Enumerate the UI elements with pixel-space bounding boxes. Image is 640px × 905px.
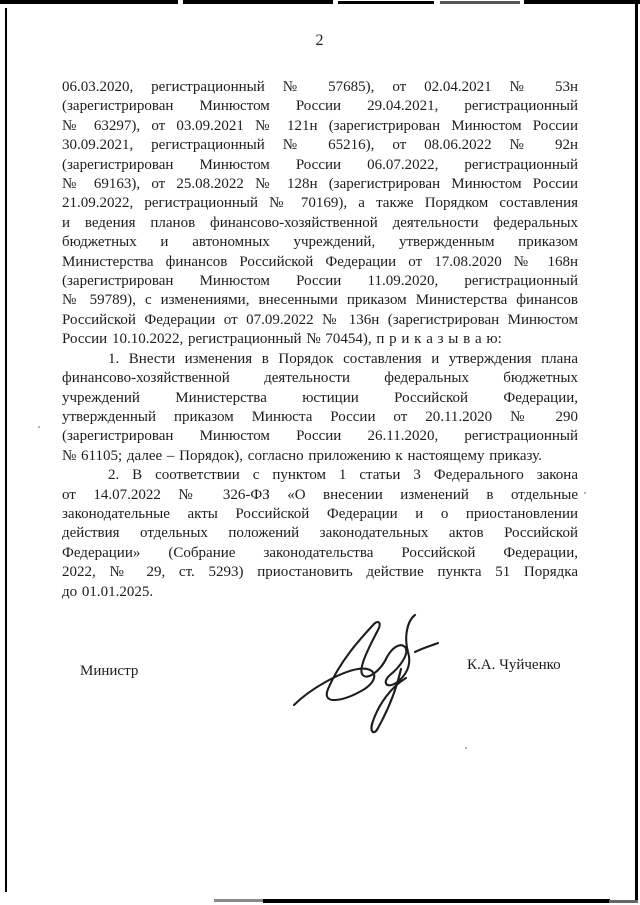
scan-speck (38, 426, 40, 428)
document-line: 21.09.2022, регистрационный № 70169), а … (62, 194, 578, 213)
scan-border-bottom (609, 900, 638, 903)
scan-border-right (635, 2, 638, 902)
scan-border-bottom (263, 899, 610, 903)
document-line: Федерации» (Собрание законодательства Ро… (62, 544, 578, 563)
document-line: действия отдельных положений законодател… (62, 524, 578, 543)
document-line: (зарегистрирован Минюстом России 26.11.2… (62, 427, 578, 446)
scan-border-top (440, 1, 520, 4)
document-line: (зарегистрирован Минюстом России 11.09.2… (62, 272, 578, 291)
document-line: 06.03.2020, регистрационный № 57685), от… (62, 78, 578, 97)
document-line: Российской Федерации от 07.09.2022 № 136… (62, 311, 578, 330)
handwritten-signature-icon (288, 609, 440, 739)
document-line: финансово-хозяйственной деятельности фед… (62, 369, 578, 388)
document-line: до 01.01.2025. (62, 583, 578, 602)
scan-border-top (183, 0, 333, 4)
document-body: 06.03.2020, регистрационный № 57685), от… (62, 78, 578, 602)
document-line: бюджетных и автономных учреждений, утвер… (62, 233, 578, 252)
document-line: № 59789), с изменениями, внесенными прик… (62, 291, 578, 310)
document-line: № 69163), от 25.08.2022 № 128н (зарегист… (62, 175, 578, 194)
document-line: 30.09.2021, регистрационный № 65216), от… (62, 136, 578, 155)
document-line: № 61105; далее – Порядок), согласно прил… (62, 447, 578, 466)
signer-title: Министр (80, 663, 138, 680)
document-line: России 10.10.2022, регистрационный № 704… (62, 330, 578, 349)
document-line: законодательные акты Российской Федераци… (62, 505, 578, 524)
scan-border-top (524, 0, 640, 4)
document-line: учреждений Министерства юстиции Российск… (62, 389, 578, 408)
scan-speck (584, 492, 586, 494)
signer-name: К.А. Чуйченко (467, 657, 561, 674)
scan-border-left (5, 8, 7, 892)
page-number: 2 (62, 32, 578, 50)
document-line: № 63297), от 03.09.2021 № 121н (зарегист… (62, 117, 578, 136)
document-line: 1. Внести изменения в Порядок составлени… (62, 350, 578, 369)
document-page: 2 06.03.2020, регистрационный № 57685), … (0, 0, 640, 905)
document-line: (зарегистрирован Минюстом России 29.04.2… (62, 97, 578, 116)
document-line: от 14.07.2022 № 326-ФЗ «О внесении измен… (62, 486, 578, 505)
document-line: 2. В соответствии с пунктом 1 статьи 3 Ф… (62, 466, 578, 485)
scan-border-bottom (214, 899, 264, 902)
document-line: и ведения планов финансово-хозяйственной… (62, 214, 578, 233)
document-line: утвержденный приказом Минюста России от … (62, 408, 578, 427)
scan-speck (465, 747, 467, 749)
document-line: (зарегистрирован Минюстом России 06.07.2… (62, 156, 578, 175)
scan-border-top (0, 0, 178, 4)
scan-border-top (338, 1, 434, 4)
document-line: Министерства финансов Российской Федерац… (62, 253, 578, 272)
document-line: 2022, № 29, ст. 5293) приостановить дейс… (62, 563, 578, 582)
